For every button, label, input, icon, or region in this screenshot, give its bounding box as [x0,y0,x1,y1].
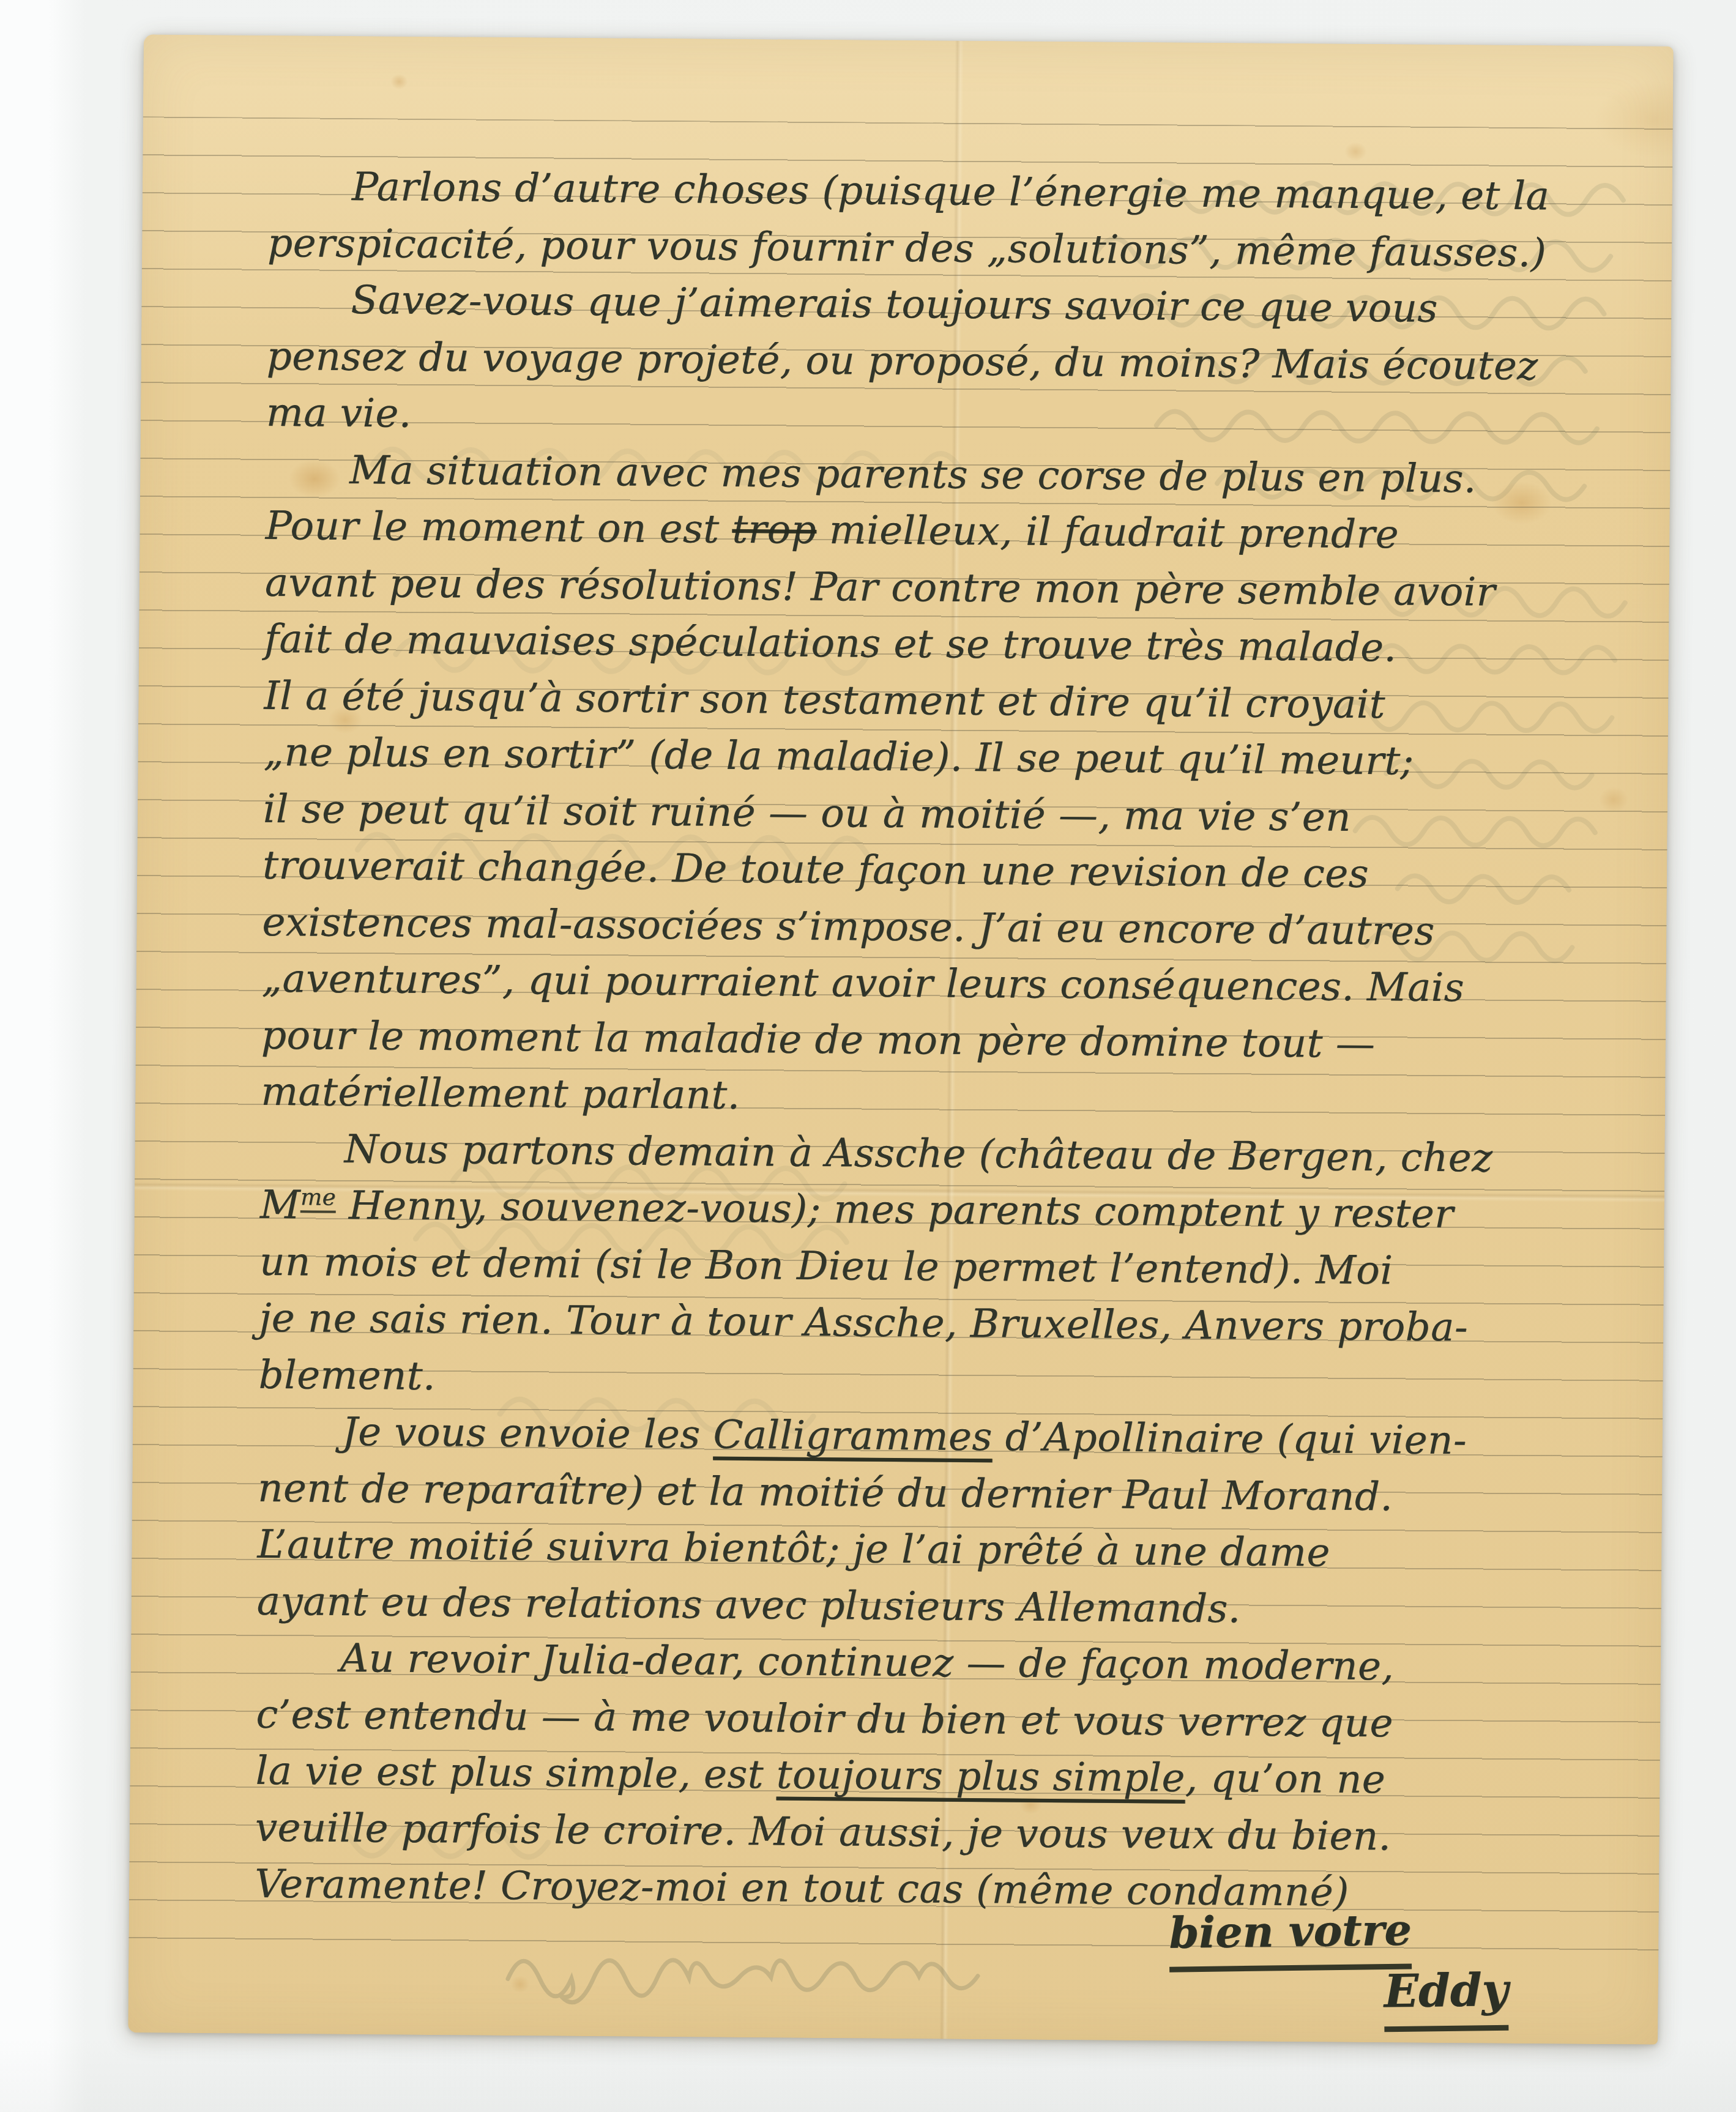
text-run: c’est entendu — à me vouloir du bien et … [256,1692,1393,1746]
letter-line: Au revoir Julia-dear, continuez — de faç… [340,1629,1647,1695]
letter-line: perspicacité, pour vous fournir des „sol… [267,213,1658,280]
signature-name: Eddy [1384,1964,1508,2032]
letter-line: pensez du voyage projeté, ou proposé, du… [266,326,1656,393]
text-run: Henny, souvenez-vous); mes parents compt… [336,1183,1454,1237]
text-run: Je vous envoie les [342,1410,713,1458]
letter-line: il se peut qu’il soit ruiné — ou à moiti… [263,779,1653,846]
letter-line: existences mal-associées s’impose. J’ai … [262,892,1652,959]
letter-line: blement. [258,1345,1648,1412]
text-run: blement. [258,1352,436,1399]
letter-line: Il a été jusqu’à sortir son testament et… [264,666,1654,733]
letter-line: Nous partons demain à Assche (château de… [344,1119,1650,1186]
letter-line: ma vie. [266,383,1656,450]
letter-line: un mois et demi (si le Bon Dieu le perme… [259,1232,1650,1299]
text-run: veuille parfois le croire. Moi aussi, je… [255,1805,1391,1859]
letter-line: pour le moment la maladie de mon père do… [261,1005,1652,1073]
closing-phrase: bien votre [1169,1905,1412,1971]
text-run: pensez du voyage projeté, ou proposé, du… [266,333,1538,389]
letter-line: matériellement parlant. [261,1062,1651,1129]
letter-line: L’autre moitié suivra bientôt; je l’ai p… [257,1515,1647,1582]
text-run: M [260,1183,301,1229]
letter-page: Parlons d’autre choses (puisque l’énergi… [128,34,1674,2045]
text-run: existences mal-associées s’impose. J’ai … [262,899,1435,954]
text-run: ma vie. [266,390,412,437]
letter-text: Parlons d’autre choses (puisque l’énergi… [129,155,1658,1922]
text-run: matériellement parlant. [261,1069,740,1118]
text-run: pour le moment la maladie de mon père do… [261,1013,1376,1066]
signature-text: Eddy [1384,1964,1508,2032]
text-underline: Calligrammes [713,1413,993,1460]
letter-line: trouverait changée. De toute façon une r… [263,836,1653,903]
text-run: Pour le moment on est [265,504,732,552]
letter-line: „aventures”, qui pourraient avoir leurs … [261,949,1652,1016]
text-run: Ma situation avec mes parents se corse d… [349,447,1477,501]
text-run: „ne plus en sortir” (de la maladie). Il … [263,730,1414,784]
text-run: d’Apollinaire (qui vien- [992,1415,1467,1463]
text-run: ayant eu des relations avec plusieurs Al… [256,1578,1240,1632]
text-run: mielleux, il faudrait prendre [816,508,1399,557]
letter-line: Ma situation avec mes parents se corse d… [349,440,1656,507]
text-run: Il a été jusqu’à sortir son testament et… [264,673,1385,727]
letter-line: ayant eu des relations avec plusieurs Al… [256,1571,1647,1638]
text-run: „aventures”, qui pourraient avoir leurs … [261,956,1464,1011]
letter-line: je ne sais rien. Tour à tour Assche, Bru… [259,1288,1649,1356]
letter-line: c’est entendu — à me vouloir du bien et … [256,1684,1646,1752]
text-run: perspicacité, pour vous fournir des „sol… [267,220,1546,275]
text-run: avant peu des résolutions! Par contre mo… [265,560,1496,615]
text-run: la vie est plus simple, est [255,1749,777,1798]
letter-line: Je vous envoie les Calligrammes d’Apolli… [342,1402,1648,1469]
text-run: Au revoir Julia-dear, continuez — de faç… [340,1636,1395,1690]
text-run: je ne sais rien. Tour à tour Assche, Bru… [259,1296,1468,1351]
text-run: Nous partons demain à Assche (château de… [344,1126,1492,1181]
letter-line: avant peu des résolutions! Par contre mo… [264,552,1655,620]
text-run: Savez-vous que j’aimerais toujours savoi… [351,278,1438,332]
text-run: , qu’on ne [1185,1756,1385,1803]
letter-line: Veramente! Croyez-moi en tout cas (même … [255,1854,1645,1922]
text-strike: trop [732,507,816,553]
letter-line: Pour le moment on est trop mielleux, il … [265,496,1655,563]
letter-line: Mme Henny, souvenez-vous); mes parents c… [259,1175,1650,1243]
text-run: Parlons d’autre choses (puisque l’énergi… [352,165,1550,219]
letter-line: Parlons d’autre choses (puisque l’énergi… [352,157,1658,224]
text-sup: me [300,1184,337,1213]
text-run: trouverait changée. De toute façon une r… [263,843,1369,897]
text-run: nent de reparaître) et la moitié du dern… [258,1465,1393,1520]
letter-line: nent de reparaître) et la moitié du dern… [258,1458,1648,1525]
text-run: il se peut qu’il soit ruiné — ou à moiti… [263,786,1351,840]
letter-line: „ne plus en sortir” (de la maladie). Il … [263,723,1653,790]
closing-text: bien votre [1169,1904,1412,1972]
text-run: L’autre moitié suivra bientôt; je l’ai p… [257,1522,1330,1576]
letter-line: fait de mauvaises spéculations et se tro… [264,609,1655,677]
letter-line: veuille parfois le croire. Moi aussi, je… [255,1798,1645,1865]
text-run: un mois et demi (si le Bon Dieu le perme… [259,1239,1393,1293]
letter-line: la vie est plus simple, est toujours plu… [255,1741,1645,1809]
text-underline: toujours plus simple [776,1752,1185,1801]
text-run: fait de mauvaises spéculations et se tro… [264,617,1397,671]
letter-line: Savez-vous que j’aimerais toujours savoi… [351,270,1657,337]
